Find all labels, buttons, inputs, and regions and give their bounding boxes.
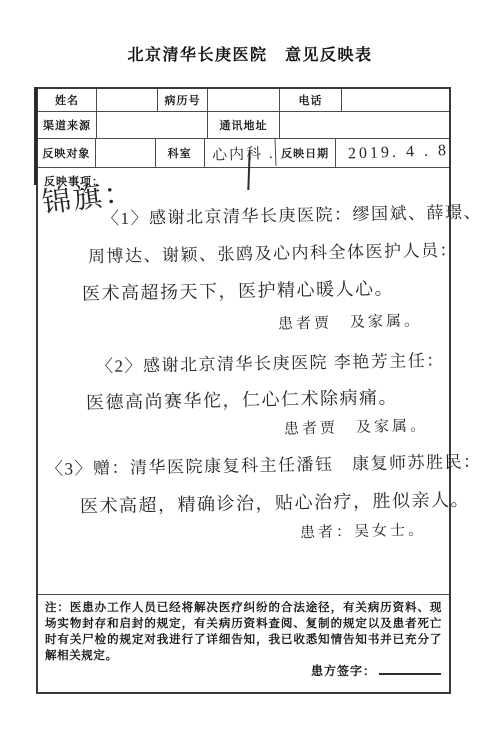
handwriting-signature: 患者贾 及家属。 (278, 314, 422, 333)
dept-value-handwriting: 心内科 . (204, 138, 276, 168)
scanned-form-page: 北京清华长庚医院 意见反映表 姓名 病历号 电话 渠道来源 通讯地址 反映对象 … (0, 0, 500, 754)
subject-label: 反映对象 (38, 139, 96, 167)
address-value-cell (280, 112, 449, 138)
handwriting-signature: 患者贾 及家属。 (284, 419, 428, 438)
handwriting-line: 周博达、谢颖、张鸥及心内科全体医护人员： (88, 242, 458, 265)
address-label: 通讯地址 (208, 112, 280, 138)
phone-label: 电话 (280, 89, 342, 111)
signature-blank-line (379, 669, 441, 675)
phone-value-cell (342, 89, 449, 111)
matters-cell: 反映事项： 锦旗： 〈1〉感谢北京清华长庚医院：缪国斌、薛璟、 周博达、谢颖、张… (38, 168, 449, 595)
row-channel: 渠道来源 通讯地址 (38, 112, 449, 139)
name-value-cell (97, 89, 158, 111)
row-name: 姓名 病历号 电话 (38, 89, 449, 112)
note-text: 注：医患办工作人员已经将解决医疗纠纷的合法途径，有关病历资料、现场实物封存和启封… (38, 595, 449, 664)
handwriting-line: 医术高超，精确诊治，贴心治疗，胜似亲人。 (80, 491, 470, 516)
subject-value-cell (96, 139, 156, 167)
channel-value-cell (97, 112, 208, 138)
dept-label: 科室 (156, 139, 205, 167)
date-value-handwriting: 2019. 4 . 8 (336, 137, 450, 169)
row-subject: 反映对象 科室 心内科 . 反映日期 2019. 4 . 8 (38, 139, 449, 168)
date-label: 反映日期 (275, 139, 336, 167)
note-cell: 注：医患办工作人员已经将解决医疗纠纷的合法途径，有关病历资料、现场实物封存和启封… (38, 595, 449, 692)
record-no-label: 病历号 (158, 89, 208, 111)
channel-label: 渠道来源 (38, 112, 97, 138)
record-no-value-cell (208, 89, 280, 111)
handwriting-signature: 患者：吴女士。 (300, 523, 426, 541)
handwriting-line: 〈3〉赠：清华医院康复科主任潘钰 康复师苏胜民： (46, 453, 482, 478)
handwriting-line: 医德高尚赛华佗，仁心仁术除病痛。 (86, 388, 398, 411)
form-title: 北京清华长庚医院 意见反映表 (0, 42, 500, 65)
patient-signature-label: 患方签字： (311, 664, 376, 678)
scan-edge-artifact (34, 87, 37, 185)
handwriting-line: 医术高超扬天下，医护精心暖人心。 (82, 279, 394, 302)
form-table: 姓名 病历号 电话 渠道来源 通讯地址 反映对象 科室 心内科 . 反映日期 2… (36, 87, 451, 694)
patient-signature-row: 患方签字： (311, 662, 441, 679)
handwriting-line: 〈1〉感谢北京清华长庚医院：缪国斌、薛璟、 (102, 204, 482, 228)
name-label: 姓名 (38, 89, 97, 111)
handwriting-line: 〈2〉感谢北京清华长庚医院 李艳芳主任： (96, 352, 445, 375)
